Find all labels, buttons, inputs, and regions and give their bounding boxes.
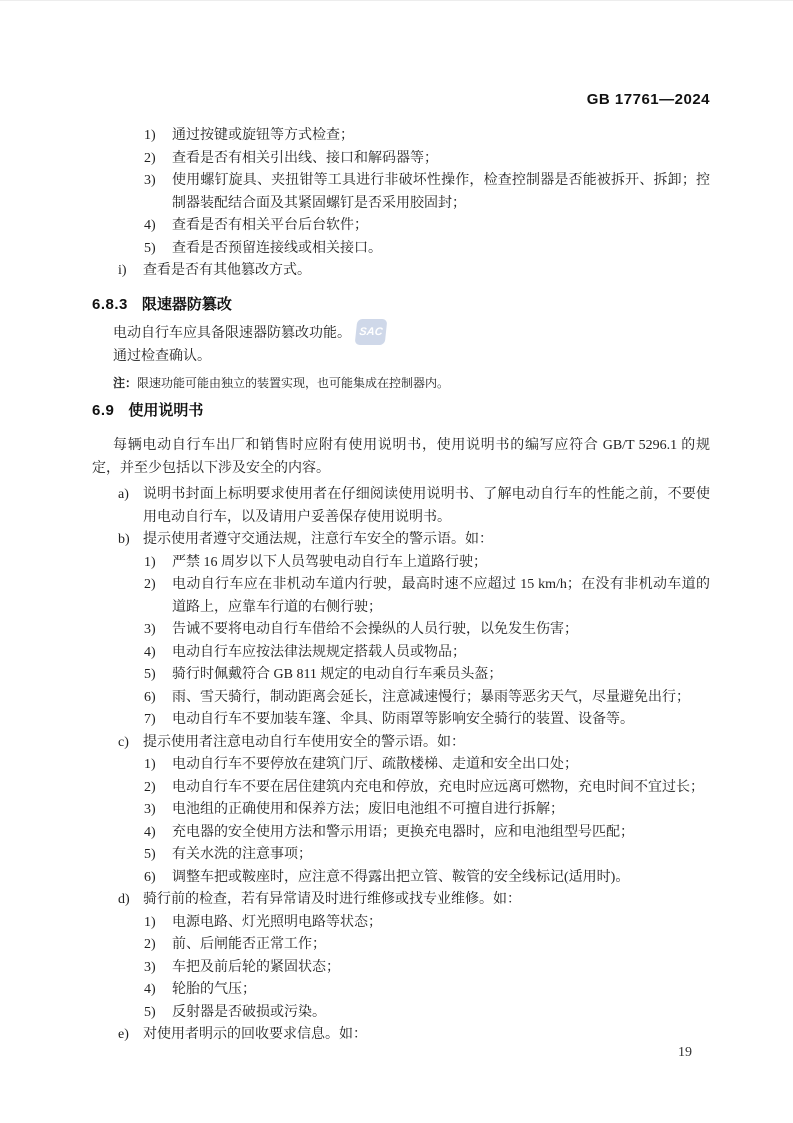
list-text: 查看是否有其他篡改方式。	[143, 263, 311, 278]
list-marker: 2)	[144, 574, 156, 597]
heading-title: 限速器防篡改	[142, 296, 232, 313]
list-item: 2) 电动自行车应在非机动车道内行驶，最高时速不应超过 15 km/h；在没有非…	[92, 574, 710, 619]
list-marker: 5)	[144, 664, 156, 687]
list-marker: 4)	[144, 215, 156, 238]
list-item: 2) 前、后闸能否正常工作；	[92, 934, 710, 957]
paragraph: 电动自行车应具备限速器防篡改功能。	[92, 323, 710, 346]
list-item: d) 骑行前的检查，若有异常请及时进行维修或找专业维修。如：	[92, 889, 710, 912]
list-item: 1) 严禁 16 周岁以下人员驾驶电动自行车上道路行驶；	[92, 552, 710, 575]
heading-title: 使用说明书	[128, 402, 203, 419]
list-item: 5) 反射器是否破损或污染。	[92, 1002, 710, 1025]
list-marker: 5)	[144, 844, 156, 867]
list-marker: b)	[118, 529, 130, 552]
list-text: 前、后闸能否正常工作；	[172, 937, 326, 952]
list-text: 轮胎的气压；	[172, 982, 256, 997]
list-item: 4) 轮胎的气压；	[92, 979, 710, 1002]
list-marker: 1)	[144, 552, 156, 575]
list-item: 5) 有关水洗的注意事项；	[92, 844, 710, 867]
list-text: 电动自行车不要加装车篷、伞具、防雨罩等影响安全骑行的装置、设备等。	[172, 712, 634, 727]
list-text: 骑行时佩戴符合 GB 811 规定的电动自行车乘员头盔；	[172, 667, 502, 682]
list-text: 调整车把或鞍座时，应注意不得露出把立管、鞍管的安全线标记(适用时)。	[172, 870, 629, 885]
list-marker: e)	[118, 1024, 129, 1047]
list-item: 1) 电源电路、灯光照明电路等状态；	[92, 912, 710, 935]
list-marker: 1)	[144, 125, 156, 148]
list-marker: 4)	[144, 642, 156, 665]
list-text: 提示使用者遵守交通法规，注意行车安全的警示语。如：	[143, 532, 493, 547]
list-text: 查看是否预留连接线或相关接口。	[172, 241, 382, 256]
list-marker: 3)	[144, 170, 156, 193]
note-text: 限速功能可能由独立的装置实现，也可能集成在控制器内。	[137, 376, 449, 390]
list-item: b) 提示使用者遵守交通法规，注意行车安全的警示语。如：	[92, 529, 710, 552]
list-item: 6) 调整车把或鞍座时，应注意不得露出把立管、鞍管的安全线标记(适用时)。	[92, 867, 710, 890]
list-text: 对使用者明示的回收要求信息。如：	[143, 1027, 367, 1042]
list-item: 4) 充电器的安全使用方法和警示用语；更换充电器时，应和电池组型号匹配；	[92, 822, 710, 845]
heading-number: 6.8.3	[92, 296, 128, 313]
list-text: 查看是否有相关引出线、接口和解码器等；	[172, 151, 438, 166]
list-text: 雨、雪天骑行，制动距离会延长，注意减速慢行；暴雨等恶劣天气，尽量避免出行；	[172, 690, 690, 705]
list-item: 7) 电动自行车不要加装车篷、伞具、防雨罩等影响安全骑行的装置、设备等。	[92, 709, 710, 732]
running-header: GB 17761—2024	[92, 91, 710, 108]
list-text: 车把及前后轮的紧固状态；	[172, 960, 340, 975]
list-marker: 3)	[144, 799, 156, 822]
list-item: 3) 使用螺钉旋具、夹扭钳等工具进行非破坏性操作，检查控制器是否能被拆开、拆卸；…	[92, 170, 710, 215]
section-heading-6-9: 6.9使用说明书	[92, 400, 710, 423]
list-item: 1) 通过按键或旋钮等方式检查；	[92, 125, 710, 148]
paragraph: 通过检查确认。	[92, 346, 710, 369]
list-text: 反射器是否破损或污染。	[172, 1005, 326, 1020]
list-marker: 2)	[144, 148, 156, 171]
paragraph: 每辆电动自行车出厂和销售时应附有使用说明书，使用说明书的编写应符合 GB/T 5…	[92, 435, 710, 480]
list-marker: 5)	[144, 1002, 156, 1025]
list-text: 说明书封面上标明要求使用者在仔细阅读使用说明书、了解电动自行车的性能之前，不要使…	[143, 487, 710, 525]
list-item: a) 说明书封面上标明要求使用者在仔细阅读使用说明书、了解电动自行车的性能之前，…	[92, 484, 710, 529]
list-item: 2) 查看是否有相关引出线、接口和解码器等；	[92, 148, 710, 171]
list-marker: 6)	[144, 687, 156, 710]
list-marker: 1)	[144, 754, 156, 777]
list-item: 3) 告诫不要将电动自行车借给不会操纵的人员行驶，以免发生伤害；	[92, 619, 710, 642]
list-item: 4) 电动自行车应按法律法规规定搭载人员或物品；	[92, 642, 710, 665]
list-text: 电动自行车应在非机动车道内行驶，最高时速不应超过 15 km/h；在没有非机动车…	[172, 577, 710, 615]
list-text: 电池组的正确使用和保养方法；废旧电池组不可擅自进行拆解；	[172, 802, 564, 817]
list-marker: 4)	[144, 822, 156, 845]
list-item: 2) 电动自行车不要在居住建筑内充电和停放，充电时应远离可燃物，充电时间不宜过长…	[92, 777, 710, 800]
list-marker: 6)	[144, 867, 156, 890]
note-label: 注：	[113, 376, 137, 390]
list-item: c) 提示使用者注意电动自行车使用安全的警示语。如：	[92, 732, 710, 755]
page-body: 1) 通过按键或旋钮等方式检查； 2) 查看是否有相关引出线、接口和解码器等； …	[92, 125, 710, 1047]
list-marker: 2)	[144, 934, 156, 957]
list-text: 有关水洗的注意事项；	[172, 847, 312, 862]
list-item: 5) 骑行时佩戴符合 GB 811 规定的电动自行车乘员头盔；	[92, 664, 710, 687]
list-text: 使用螺钉旋具、夹扭钳等工具进行非破坏性操作，检查控制器是否能被拆开、拆卸；控制器…	[172, 173, 710, 211]
list-marker: 1)	[144, 912, 156, 935]
list-text: 查看是否有相关平台后台软件；	[172, 218, 368, 233]
list-item: 3) 车把及前后轮的紧固状态；	[92, 957, 710, 980]
list-marker: 5)	[144, 238, 156, 261]
list-text: 提示使用者注意电动自行车使用安全的警示语。如：	[143, 735, 465, 750]
list-marker: 2)	[144, 777, 156, 800]
list-marker: 3)	[144, 957, 156, 980]
list-text: 通过按键或旋钮等方式检查；	[172, 128, 354, 143]
list-item: 1) 电动自行车不要停放在建筑门厅、疏散楼梯、走道和安全出口处；	[92, 754, 710, 777]
list-text: 电动自行车不要在居住建筑内充电和停放，充电时应远离可燃物，充电时间不宜过长；	[172, 780, 704, 795]
list-marker: a)	[118, 484, 129, 507]
list-item: 5) 查看是否预留连接线或相关接口。	[92, 238, 710, 261]
list-item: 3) 电池组的正确使用和保养方法；废旧电池组不可擅自进行拆解；	[92, 799, 710, 822]
list-marker: 4)	[144, 979, 156, 1002]
list-item: i) 查看是否有其他篡改方式。	[92, 260, 710, 283]
list-marker: c)	[118, 732, 129, 755]
list-text: 严禁 16 周岁以下人员驾驶电动自行车上道路行驶；	[172, 555, 487, 570]
note-line: 注：限速功能可能由独立的装置实现，也可能集成在控制器内。	[92, 372, 710, 395]
list-marker: 7)	[144, 709, 156, 732]
page-number: 19	[92, 1045, 692, 1061]
heading-number: 6.9	[92, 402, 114, 419]
list-text: 告诫不要将电动自行车借给不会操纵的人员行驶，以免发生伤害；	[172, 622, 578, 637]
list-item: e) 对使用者明示的回收要求信息。如：	[92, 1024, 710, 1047]
list-marker: d)	[118, 889, 130, 912]
list-text: 电动自行车应按法律法规规定搭载人员或物品；	[172, 645, 466, 660]
list-text: 骑行前的检查，若有异常请及时进行维修或找专业维修。如：	[143, 892, 521, 907]
list-text: 充电器的安全使用方法和警示用语；更换充电器时，应和电池组型号匹配；	[172, 825, 634, 840]
document-page: GB 17761—2024 SAC 1) 通过按键或旋钮等方式检查； 2) 查看…	[0, 0, 793, 1123]
section-heading-6-8-3: 6.8.3限速器防篡改	[92, 294, 710, 317]
list-marker: 3)	[144, 619, 156, 642]
list-marker: i)	[118, 260, 127, 283]
list-item: 4) 查看是否有相关平台后台软件；	[92, 215, 710, 238]
list-text: 电源电路、灯光照明电路等状态；	[172, 915, 382, 930]
list-item: 6) 雨、雪天骑行，制动距离会延长，注意减速慢行；暴雨等恶劣天气，尽量避免出行；	[92, 687, 710, 710]
list-text: 电动自行车不要停放在建筑门厅、疏散楼梯、走道和安全出口处；	[172, 757, 578, 772]
lettered-list: a) 说明书封面上标明要求使用者在仔细阅读使用说明书、了解电动自行车的性能之前，…	[92, 484, 710, 1047]
